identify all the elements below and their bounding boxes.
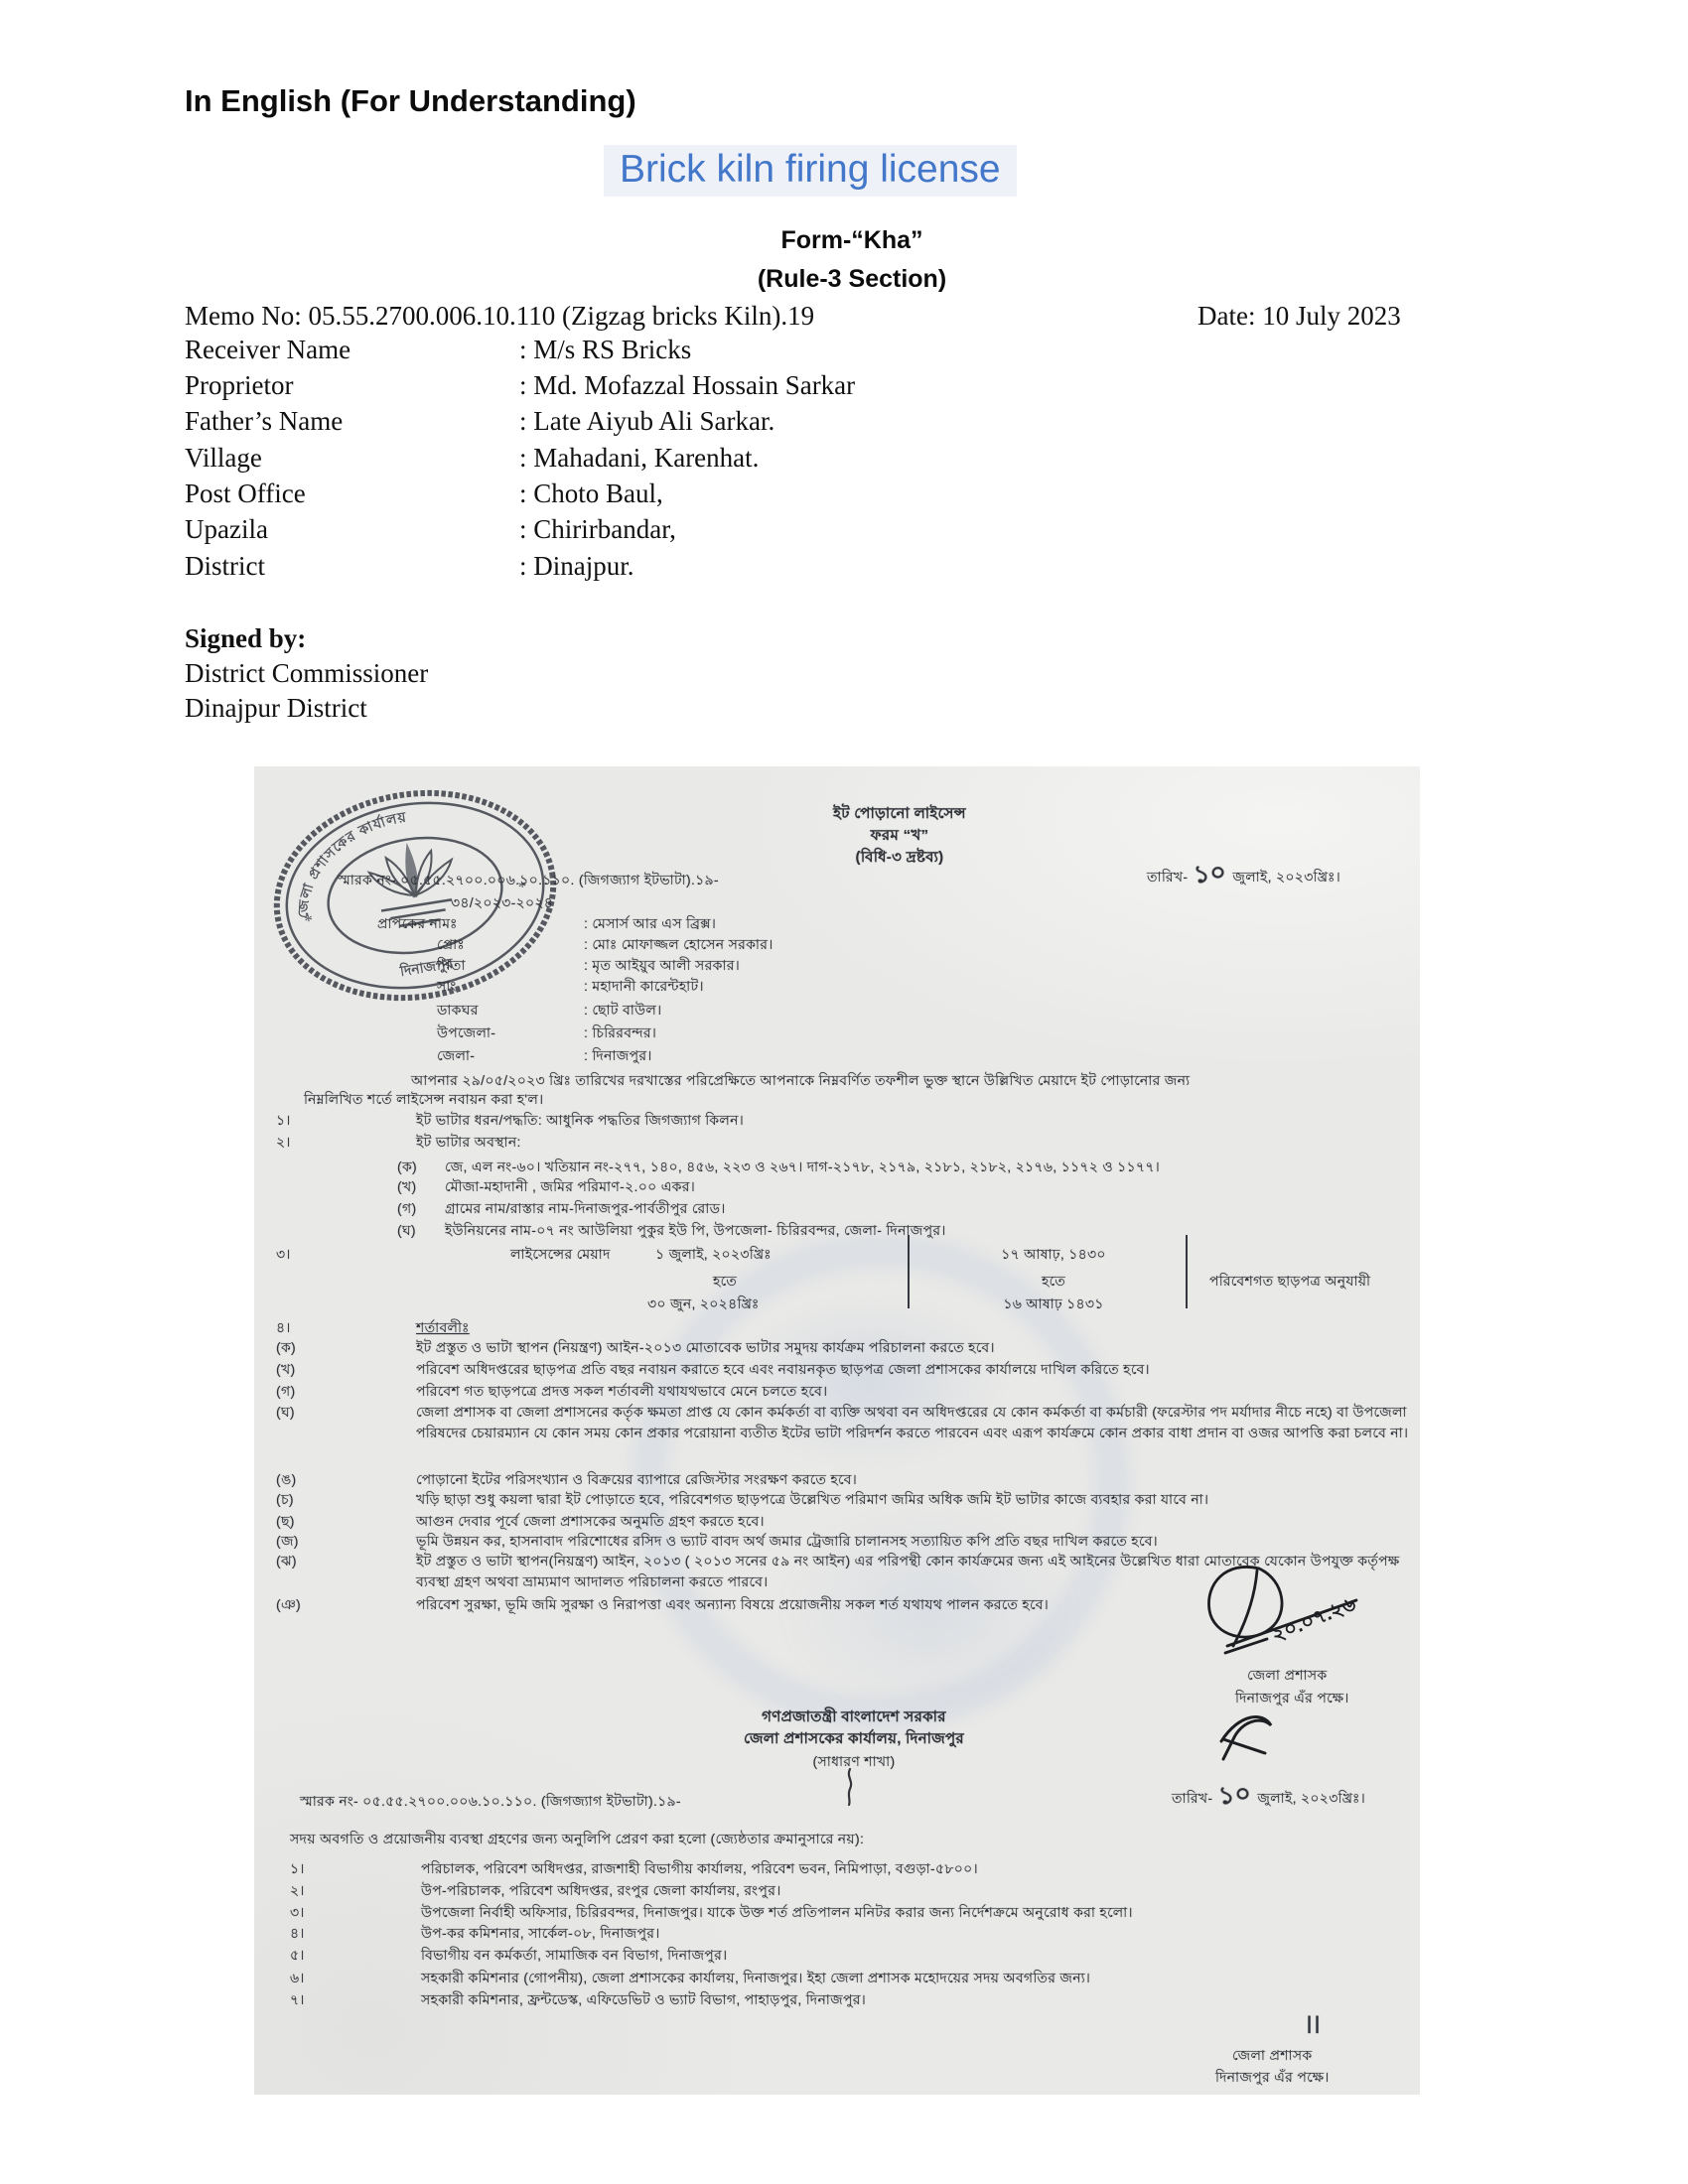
date-day-handwritten: ১০ [1193,862,1227,885]
term-number: ৩। [276,1244,291,1264]
scan-field-value: : মৃত আইয়ুব আলী সরকার। [584,955,740,975]
subitem-letter: (গ) [397,1198,416,1218]
scan-memo-number: স্মারক নং- ০৫.৫৫.২৭০০.০০৬.১০.১১০. (জিগজ্… [338,870,719,889]
field-label: Village [185,443,262,474]
signature-scribble: ২০.০৭.২৬ [1197,1559,1416,1663]
scanned-license: জেলা প্রশাসকের কার্যালয় দিনাজপুর * * ইট… [254,766,1420,2095]
condition-letter: (ক) [276,1337,296,1357]
cc-text: উপ-পরিচালক, পরিবেশ অধিদপ্তর, রংপুর জেলা … [421,1880,781,1900]
table-divider [908,1235,910,1308]
document-page: In English (For Understanding) Brick kil… [0,0,1688,2184]
cc-number: ৬। [290,1968,305,1987]
term-from-date: ১ জুলাই, ২০২৩খ্রিঃ [655,1244,772,1264]
field-label: Post Office [185,478,306,509]
date-prefix: তারিখ- [1172,1788,1212,1808]
date-rest: জুলাই, ২০২৩খ্রিঃ। [1232,867,1340,887]
scan-field-label: প্রাপকের নামঃ [377,913,458,933]
govt-line2: জেলা প্রশাসকের কার্যালয়, দিনাজপুর [556,1729,1152,1749]
memo-number: Memo No: 05.55.2700.006.10.110 (Zigzag b… [185,301,814,332]
signatory-district-bottom: দিনাজপুর এঁর পক্ষে। [1215,2067,1330,2087]
cc-number: ১। [290,1858,305,1878]
condition-text: পরিবেশ সুরক্ষা, ভূমি জমি সুরক্ষা ও নিরাপ… [416,1594,1049,1614]
signed-by-district: Dinajpur District [185,693,367,724]
rule-line: (Rule-3 Section) [256,265,1448,294]
item-number: ১। [276,1110,291,1130]
pen-mark [838,1767,862,1807]
scan-field-label: প্রোঃ [437,934,465,954]
term-environment-note: পরিবেশগত ছাড়পত্র অনুযায়ী [1209,1271,1370,1291]
field-label: Proprietor [185,370,293,401]
subitem-text: গ্রামের নাম/রাস্তার নাম-দিনাজপুর-পার্বতী… [445,1198,726,1218]
subitem-letter: (ঘ) [397,1220,416,1240]
scan-field-value: : দিনাজপুর। [584,1045,652,1065]
scan-rule-line: (বিধি-৩ দ্রষ্টব্য) [651,848,1148,868]
signature-strokes: || [1307,2013,1323,2033]
signature-mark [1209,1707,1299,1762]
condition-text: আগুন দেবার পূর্বে জেলা প্রশাসকের অনুমতি … [416,1511,765,1531]
signatory-title: জেলা প্রশাসক [1247,1665,1328,1685]
field-value: : Dinajpur. [519,551,634,582]
cc-number: ৫। [290,1945,305,1965]
field-label: Upazila [185,514,268,545]
date-day-handwritten: ১০ [1217,1783,1252,1806]
subitem-text: ইউনিয়নের নাম-০৭ নং আউলিয়া পুকুর ইউ পি,… [445,1220,946,1240]
scan-field-value: : মহাদানী কারেন্টহাট। [584,976,704,996]
field-value: : Mahadani, Karenhat. [519,443,759,474]
field-value: : Late Aiyub Ali Sarkar. [519,406,774,437]
signed-by-label: Signed by: [185,623,306,654]
term-hote: হতে [713,1271,737,1291]
condition-letter: (জ) [276,1531,299,1551]
cc-number: ২। [290,1880,305,1900]
condition-text: ইট প্রস্তুত ও ভাটা স্থাপন (নিয়ন্ত্রণ) আ… [416,1337,995,1357]
scan-memo-year: ৩৪/২০২৩-২০২৪ [451,892,553,912]
condition-letter: (ঝ) [276,1551,297,1570]
cc-text: সহকারী কমিশনার (গোপনীয়), জেলা প্রশাসকের… [421,1968,1090,1987]
scan-title: ইট পোড়ানো লাইসেন্স [651,804,1148,824]
field-value: : Chirirbandar, [519,514,676,545]
english-heading: In English (For Understanding) [185,83,636,119]
govt-line1: গণপ্রজাতন্ত্রী বাংলাদেশ সরকার [556,1707,1152,1727]
condition-text: খড়ি ছাড়া শুধু কয়লা দ্বারা ইট পোড়াতে … [416,1489,1208,1509]
scan-field-label: উপজেলা- [437,1023,495,1042]
cc-number: ৭। [290,1989,305,2009]
condition-text: পোড়ানো ইটের পরিসংখ্যান ও বিক্রয়ের ব্যা… [416,1469,857,1489]
term-bn-from: ১৭ আষাঢ়, ১৪৩০ [969,1244,1138,1264]
field-value: : M/s RS Bricks [519,335,691,365]
condition-text: পরিবেশ গত ছাড়পত্রে প্রদত্ত সকল শর্তাবলী… [416,1381,827,1401]
cc-text: বিভাগীয় বন কর্মকর্তা, সামাজিক বন বিভাগ,… [421,1945,727,1965]
item-text: ইট ভাটার ধরন/পদ্ধতি: আধুনিক পদ্ধতির জিগজ… [416,1110,744,1130]
cc-text: উপজেলা নির্বাহী অফিসার, চিরিরবন্দর, দিনা… [421,1902,1133,1922]
conditions-title: শর্তাবলীঃ [416,1317,470,1337]
scan-date-line: তারিখ- ১০ জুলাই, ২০২৩খ্রিঃ। [1147,864,1340,887]
cc-text: উপ-কর কমিশনার, সার্কেল-০৮, দিনাজপুর। [421,1923,660,1943]
scan-form-line: ফরম “খ” [651,826,1148,846]
term-label: লাইসেন্সের মেয়াদ [510,1244,611,1264]
condition-text: পরিবেশ অধিদপ্তরের ছাড়পত্র প্রতি বছর নবা… [416,1359,1150,1379]
field-label: District [185,551,265,582]
seal-star-left: * [303,911,314,931]
item-number: ২। [276,1132,291,1152]
cc-number: ৪। [290,1923,305,1943]
condition-letter: (গ) [276,1381,295,1401]
field-value: : Md. Mofazzal Hossain Sarkar [519,370,855,401]
scan-intro-line1: আপনার ২৯/০৫/২০২৩ খ্রিঃ তারিখের দরখাস্তের… [411,1070,1190,1090]
scan-field-label: ডাকঘর [437,1000,479,1020]
field-label: Receiver Name [185,335,351,365]
cc-intro: সদয় অবগতি ও প্রয়োজনীয় ব্যবস্থা গ্রহণে… [290,1829,864,1848]
table-divider [1186,1235,1188,1308]
signatory-title-bottom: জেলা প্রশাসক [1232,2045,1313,2065]
condition-letter: (চ) [276,1489,294,1509]
term-bn-to: ১৬ আষাঢ় ১৪৩১ [969,1294,1138,1313]
scan-field-value: : ছোট বাউল। [584,1000,661,1020]
license-title-band: Brick kiln firing license [604,145,1017,197]
cc-text: সহকারী কমিশনার, ফ্রন্টডেস্ক, এফিডেভিট ও … [421,1989,866,2009]
subitem-text: জে, এল নং-৬০। খতিয়ান নং-২৭৭, ১৪০, ৪৫৬, … [445,1157,1160,1176]
scan-field-value: : মোঃ মোফাজ্জল হোসেন সরকার। [584,934,774,954]
scan-memo2-date: তারিখ- ১০ জুলাই, ২০২৩খ্রিঃ। [1172,1785,1365,1808]
signatory-district: দিনাজপুর এঁর পক্ষে। [1235,1688,1349,1707]
field-value: : Choto Baul, [519,478,663,509]
subitem-letter: (খ) [397,1176,416,1196]
condition-letter: (ঘ) [276,1402,295,1422]
date-prefix: তারিখ- [1147,867,1188,887]
field-label: Father’s Name [185,406,343,437]
cc-number: ৩। [290,1902,305,1922]
condition-letter: (ছ) [276,1511,295,1531]
scan-memo2-number: স্মারক নং- ০৫.৫৫.২৭০০.০০৬.১০.১১০. (জিগজ্… [300,1791,681,1811]
subitem-letter: (ক) [397,1157,417,1176]
scan-field-value: : চিরিরবন্দর। [584,1023,656,1042]
conditions-number: ৪। [276,1317,291,1337]
condition-letter: (ঞ) [276,1594,301,1614]
scan-field-label: জেলা- [437,1045,475,1065]
license-title: Brick kiln firing license [620,148,1001,191]
subitem-text: মৌজা-মহাদানী , জমির পরিমাণ-২.০০ একর। [445,1176,695,1196]
item-text: ইট ভাটার অবস্থান: [416,1132,521,1152]
condition-letter: (ঙ) [276,1469,297,1489]
memo-date: Date: 10 July 2023 [1197,301,1401,332]
term-to-date: ৩০ জুন, ২০২৪খ্রিঃ [647,1294,760,1313]
cc-text: পরিচালক, পরিবেশ অধিদপ্তর, রাজশাহী বিভাগী… [421,1858,978,1878]
scan-field-label: সাং [437,976,457,996]
signed-by-title: District Commissioner [185,658,428,689]
scan-field-label: পিতা [437,955,466,975]
date-rest: জুলাই, ২০২৩খ্রিঃ। [1257,1788,1365,1808]
condition-letter: (খ) [276,1359,295,1379]
condition-text: ভূমি উন্নয়ন কর, হাসনাবাদ পরিশোধের রসিদ … [416,1531,1158,1551]
scan-field-value: : মেসার্স আর এস ব্রিক্স। [584,913,716,933]
form-line: Form-“Kha” [256,226,1448,255]
condition-text: জেলা প্রশাসক বা জেলা প্রশাসনের কর্তৃক ক্… [416,1402,1409,1443]
term-bn-hote: হতে [969,1271,1138,1291]
scan-intro-line2: নিম্নলিখিত শর্তে লাইসেন্স নবায়ন করা হ'ল… [304,1089,543,1109]
